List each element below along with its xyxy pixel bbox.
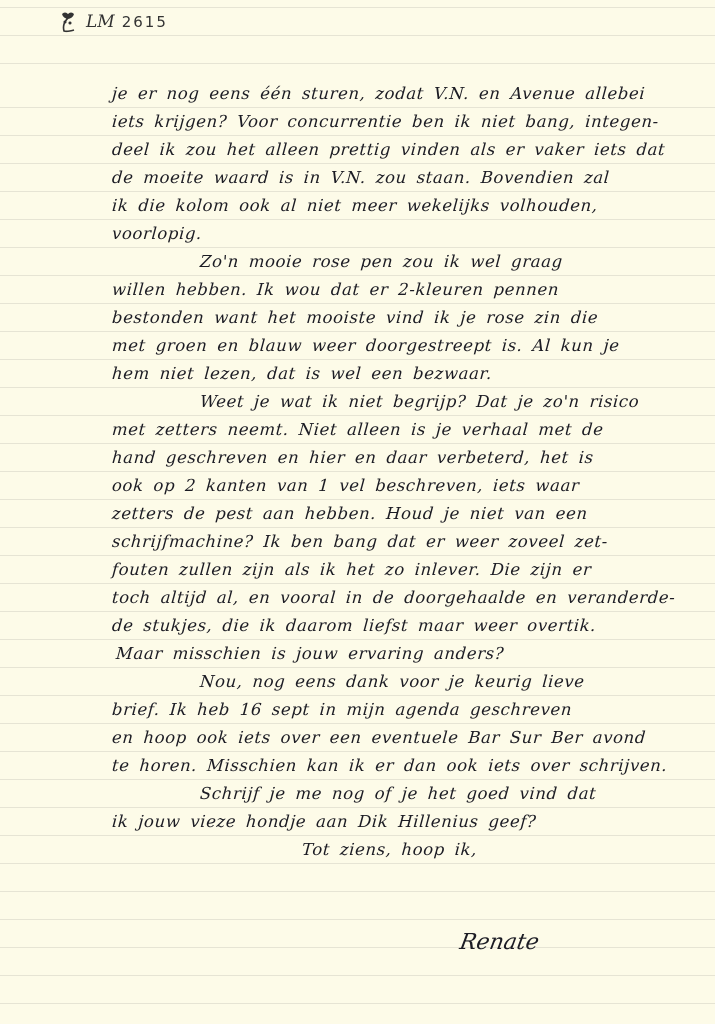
letter-body: je er nog eens één sturen, zodat V.N. en… <box>112 80 712 864</box>
archive-header: LM 2615 <box>58 10 168 34</box>
archive-number: 2615 <box>122 13 168 31</box>
letter-line: zetters de pest aan hebben. Houd je niet… <box>111 500 713 528</box>
letter-line: je er nog eens één sturen, zodat V.N. en… <box>111 80 713 108</box>
signature: Renate <box>458 930 541 955</box>
letter-line: brief. Ik heb 16 sept in mijn agenda ges… <box>111 696 713 724</box>
letter-line: ik die kolom ook al niet meer wekelijks … <box>111 192 713 220</box>
letter-line: hem niet lezen, dat is wel een bezwaar. <box>111 360 713 388</box>
letter-line: iets krijgen? Voor concurrentie ben ik n… <box>111 108 713 136</box>
letter-line: te horen. Misschien kan ik er dan ook ie… <box>111 752 713 780</box>
letter-line: ik jouw vieze hondje aan Dik Hillenius g… <box>111 808 713 836</box>
letter-line: met zetters neemt. Niet alleen is je ver… <box>111 416 713 444</box>
letter-line: Maar misschien is jouw ervaring anders? <box>111 640 713 668</box>
letter-line: voorlopig. <box>111 220 713 248</box>
letter-line: fouten zullen zijn als ik het zo inlever… <box>111 556 713 584</box>
archive-prefix: LM <box>86 12 115 32</box>
letter-line: Nou, nog eens dank voor je keurig lieve <box>111 668 713 696</box>
letter-line: de stukjes, die ik daarom liefst maar we… <box>111 612 713 640</box>
letter-line: Weet je wat ik niet begrijp? Dat je zo'n… <box>111 388 713 416</box>
letter-line: met groen en blauw weer doorgestreept is… <box>111 332 713 360</box>
letter-line: de moeite waard is in V.N. zou staan. Bo… <box>111 164 713 192</box>
letter-line: bestonden want het mooiste vind ik je ro… <box>111 304 713 332</box>
letter-line: ook op 2 kanten van 1 vel beschreven, ie… <box>111 472 713 500</box>
archive-monogram-icon <box>58 10 82 34</box>
letter-line: en hoop ook iets over een eventuele Bar … <box>111 724 713 752</box>
letter-line: deel ik zou het alleen prettig vinden al… <box>111 136 713 164</box>
letter-line: Zo'n mooie rose pen zou ik wel graag <box>111 248 713 276</box>
letter-line: Tot ziens, hoop ik, <box>111 836 713 864</box>
letter-line: willen hebben. Ik wou dat er 2-kleuren p… <box>111 276 713 304</box>
letter-line: Schrijf je me nog of je het goed vind da… <box>111 780 713 808</box>
letter-line: hand geschreven en hier en daar verbeter… <box>111 444 713 472</box>
letter-line: schrijfmachine? Ik ben bang dat er weer … <box>111 528 713 556</box>
letter-line: toch altijd al, en vooral in de doorgeha… <box>111 584 713 612</box>
